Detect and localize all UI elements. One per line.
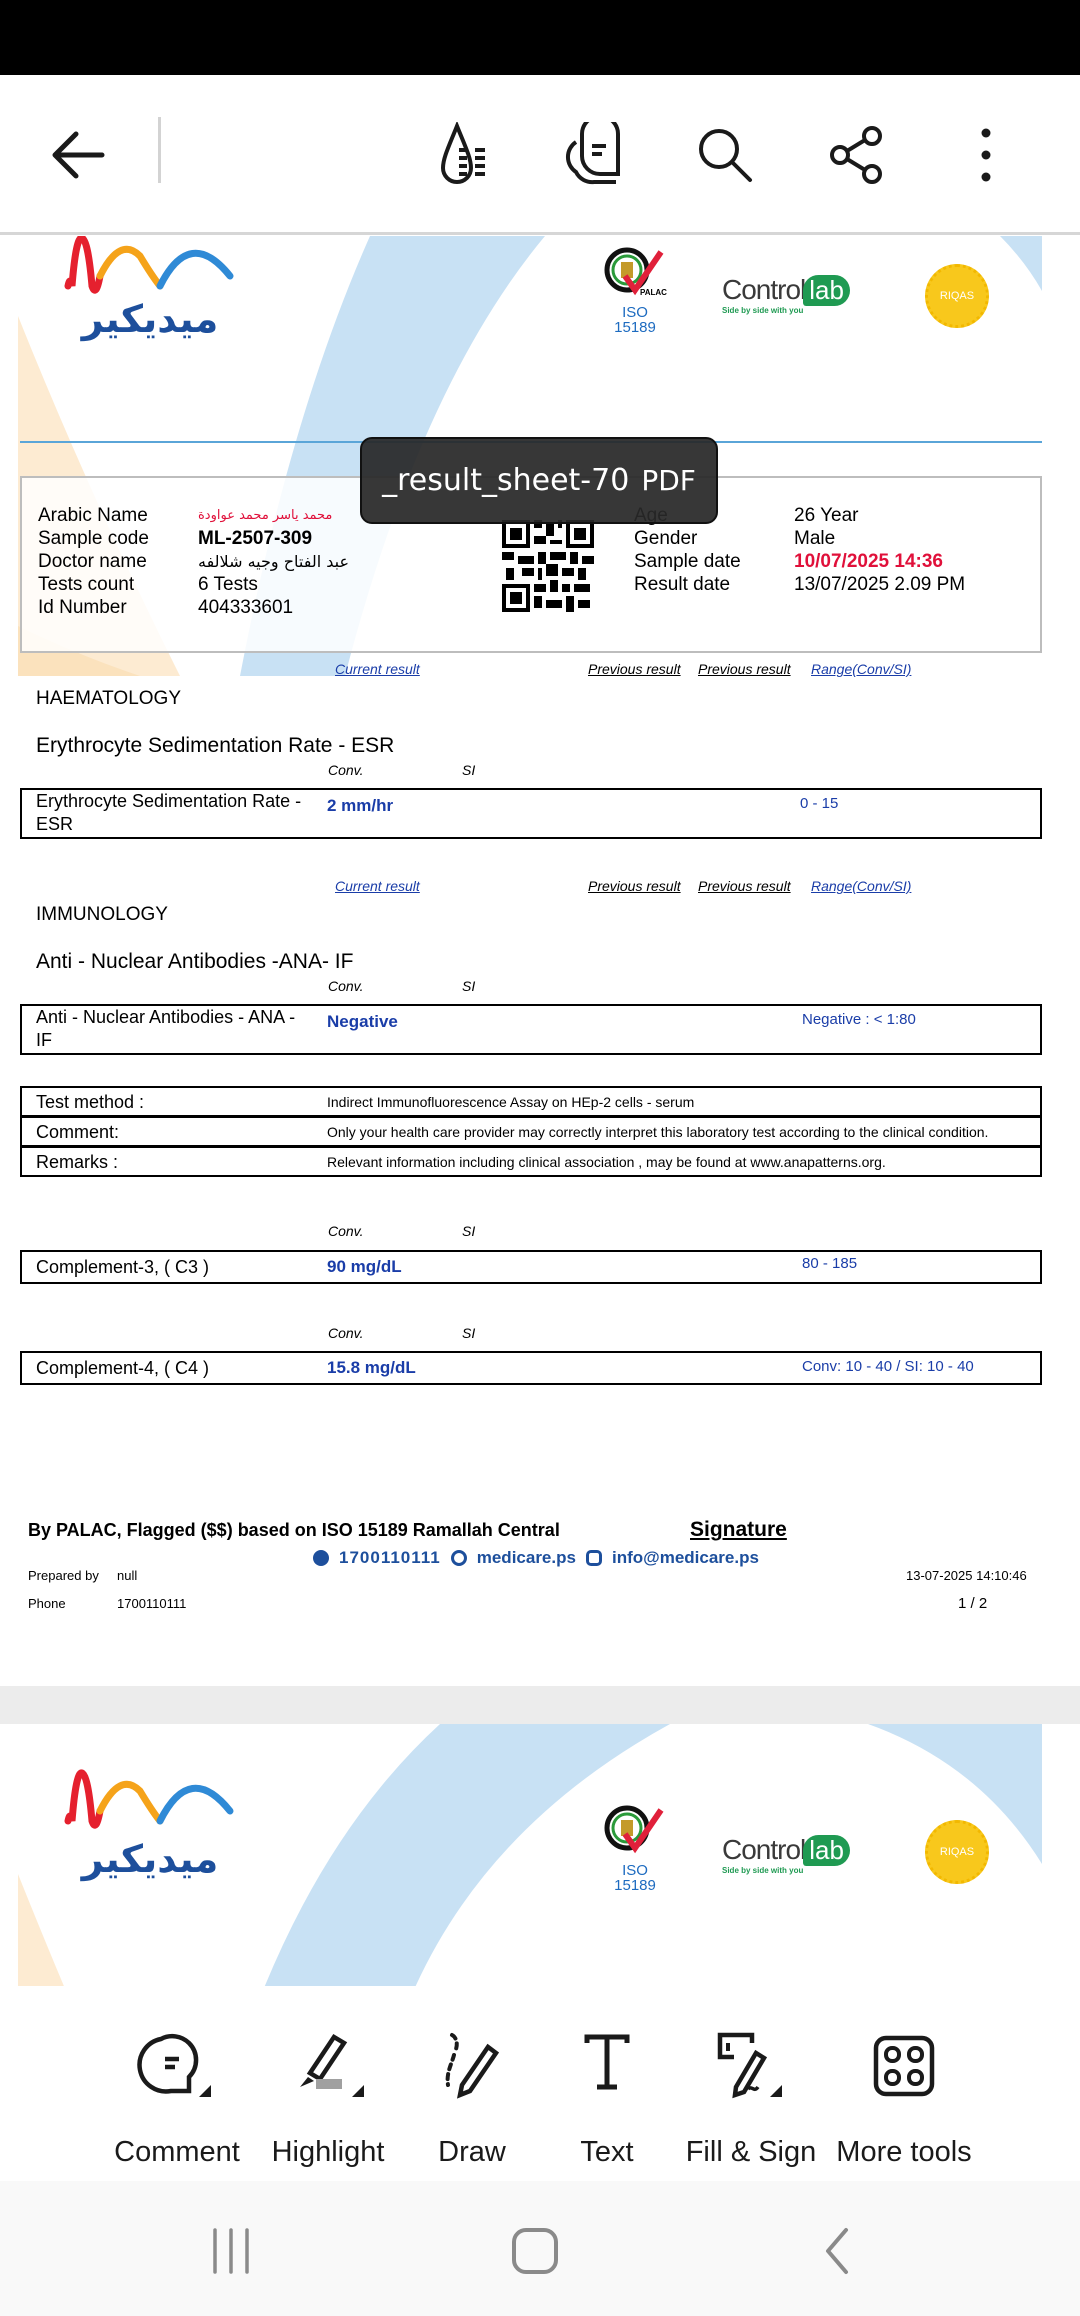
result-value-ana: Negative	[327, 1012, 398, 1032]
more-options-icon	[976, 127, 996, 183]
col-range: Range(Conv/SI)	[811, 661, 911, 677]
controllab-logo: Controllab Side by side with you	[722, 274, 872, 324]
tool-label: More tools	[824, 2136, 984, 2169]
tool-label: Fill & Sign	[671, 2136, 831, 2169]
controllab-lab-badge: lab	[803, 1835, 850, 1866]
share-button[interactable]	[816, 115, 896, 195]
bottom-toolbar: Comment Highlight Draw Text Fill & Sign …	[0, 1986, 1080, 2181]
gender-value: Male	[794, 527, 965, 550]
palac-check-icon	[603, 1804, 667, 1854]
comment-icon	[137, 2031, 217, 2101]
contact-phone: 1700110111	[339, 1548, 441, 1568]
si-label: SI	[462, 1223, 475, 1239]
conv-label: Conv.	[328, 1223, 364, 1239]
system-nav-bar	[0, 2181, 1080, 2316]
palac-iso-logo: PALAC ISO 15189	[600, 246, 670, 335]
riqas-logo: RIQAS	[925, 264, 989, 328]
sample-date-label: Sample date	[634, 550, 741, 573]
appbar-divider	[158, 117, 161, 183]
more-tools-grid-icon	[872, 2034, 936, 2098]
conv-label: Conv.	[328, 762, 364, 778]
controllab-lab-badge: lab	[803, 275, 850, 306]
contact-email[interactable]: info@medicare.ps	[612, 1548, 759, 1568]
result-range-c4: Conv: 10 - 40 / SI: 10 - 40	[802, 1358, 974, 1375]
home-button[interactable]	[490, 2211, 580, 2291]
home-icon	[511, 2227, 559, 2275]
note-label: Comment:	[36, 1122, 119, 1143]
result-name-line1: Anti - Nuclear Antibodies - ANA -	[36, 1006, 295, 1029]
contact-row: 1700110111 medicare.ps info@medicare.ps	[313, 1548, 759, 1568]
result-range-c3: 80 - 185	[802, 1255, 857, 1272]
tool-comment[interactable]: Comment	[97, 2026, 257, 2169]
doctor-name-label: Doctor name	[38, 550, 149, 573]
phone-icon	[313, 1550, 329, 1566]
result-value-c3: 90 mg/dL	[327, 1257, 402, 1277]
id-number-label: Id Number	[38, 596, 149, 619]
filetype-text: PDF	[641, 464, 696, 497]
arabic-name-value: محمد ياسر محمد عواودة	[198, 504, 349, 527]
iso-number: 15189	[600, 320, 670, 335]
result-range-esr: 0 - 15	[800, 795, 838, 812]
result-row-c4: Complement-4, ( C4 ) 15.8 mg/dL Conv: 10…	[20, 1351, 1042, 1385]
pdf-page-2: ميديكير ISO 15189 Controllab Side by sid…	[0, 1724, 1080, 1986]
qr-code[interactable]	[502, 520, 594, 612]
age-value: 26 Year	[794, 504, 965, 527]
read-mode-button[interactable]	[428, 115, 508, 195]
result-date-label: Result date	[634, 573, 741, 596]
text-icon	[577, 2031, 637, 2101]
conv-label: Conv.	[328, 1325, 364, 1341]
search-icon	[695, 125, 755, 185]
tests-count-label: Tests count	[38, 573, 149, 596]
draw-icon	[432, 2031, 512, 2101]
medicare-logo: ميديكير	[60, 1766, 260, 1876]
result-value-esr: 2 mm/hr	[327, 796, 393, 816]
result-name-line1: Erythrocyte Sedimentation Rate -	[36, 790, 301, 813]
col-previous-result-2: Previous result	[698, 878, 791, 894]
medicare-logo: ميديكير	[60, 236, 260, 346]
tool-text[interactable]: Text	[527, 2026, 687, 2169]
result-name-line2: ESR	[36, 813, 301, 836]
result-row-c3: Complement-3, ( C3 ) 90 mg/dL 80 - 185	[20, 1250, 1042, 1284]
status-bar	[0, 0, 1080, 75]
riqas-label: RIQAS	[940, 1846, 974, 1858]
doctor-name-value: عبد الفتاح وجيه شلالفه	[198, 550, 349, 573]
note-remarks: Remarks : Relevant information including…	[20, 1146, 1042, 1177]
iso-label: ISO	[600, 1863, 670, 1878]
note-value: Indirect Immunofluorescence Assay on HEp…	[327, 1094, 694, 1110]
controllab-tagline: Side by side with you	[722, 1866, 872, 1875]
search-button[interactable]	[685, 115, 765, 195]
share-icon	[826, 124, 886, 186]
app-bar	[0, 75, 1080, 235]
fill-sign-icon	[706, 2031, 796, 2101]
signature-label: Signature	[690, 1518, 787, 1542]
iso-label: ISO	[600, 305, 670, 320]
test-title-esr: Erythrocyte Sedimentation Rate - ESR	[36, 734, 394, 758]
phone-value: 1700110111	[117, 1596, 186, 1611]
result-row-ana: Anti - Nuclear Antibodies - ANA - IF Neg…	[20, 1004, 1042, 1055]
col-current-result: Current result	[335, 661, 420, 677]
sample-date-value: 10/07/2025 14:36	[794, 550, 965, 573]
note-comment: Comment: Only your health care provider …	[20, 1116, 1042, 1147]
gender-label: Gender	[634, 527, 741, 550]
conv-label: Conv.	[328, 978, 364, 994]
comments-list-button[interactable]	[555, 115, 635, 195]
si-label: SI	[462, 762, 475, 778]
comments-icon	[562, 122, 628, 188]
iso-number: 15189	[600, 1878, 670, 1893]
result-value-c4: 15.8 mg/dL	[327, 1358, 416, 1378]
note-label: Test method :	[36, 1092, 144, 1113]
tool-highlight[interactable]: Highlight	[248, 2026, 408, 2169]
test-title-ana: Anti - Nuclear Antibodies -ANA- IF	[36, 950, 353, 974]
email-icon	[586, 1550, 602, 1566]
result-name-line2: IF	[36, 1029, 295, 1052]
tests-count-value: 6 Tests	[198, 573, 349, 596]
tool-label: Highlight	[248, 2136, 408, 2169]
recent-apps-icon	[209, 2228, 253, 2274]
contact-web[interactable]: medicare.ps	[477, 1548, 576, 1568]
riqas-logo: RIQAS	[925, 1820, 989, 1884]
highlight-icon	[288, 2031, 368, 2101]
result-row-esr: Erythrocyte Sedimentation Rate - ESR 2 m…	[20, 788, 1042, 839]
controllab-logo: Controllab Side by side with you	[722, 1834, 872, 1884]
prepared-by-value: null	[117, 1568, 137, 1583]
sample-code-value: ML-2507-309	[198, 527, 349, 550]
read-mode-icon	[435, 122, 501, 188]
note-test-method: Test method : Indirect Immunofluorescenc…	[20, 1086, 1042, 1117]
system-back-icon	[822, 2227, 852, 2275]
result-range-ana: Negative : < 1:80	[802, 1011, 916, 1028]
note-value: Relevant information including clinical …	[327, 1154, 886, 1170]
sample-code-label: Sample code	[38, 527, 149, 550]
id-number-value: 404333601	[198, 596, 349, 619]
si-label: SI	[462, 1325, 475, 1341]
recent-apps-button[interactable]	[186, 2211, 276, 2291]
tool-label: Comment	[97, 2136, 257, 2169]
globe-icon	[451, 1550, 467, 1566]
controllab-text: Control	[722, 274, 805, 305]
result-name-c3: Complement-3, ( C3 )	[36, 1256, 209, 1279]
col-previous-result-1: Previous result	[588, 878, 681, 894]
phone-label: Phone	[28, 1596, 66, 1611]
result-name-c4: Complement-4, ( C4 )	[36, 1357, 209, 1380]
col-current-result: Current result	[335, 878, 420, 894]
section-immunology: IMMUNOLOGY	[36, 904, 168, 926]
note-label: Remarks :	[36, 1152, 118, 1173]
filename-text: _result_sheet-70	[382, 463, 629, 498]
palac-iso-logo: ISO 15189	[600, 1804, 670, 1893]
si-label: SI	[462, 978, 475, 994]
col-previous-result-1: Previous result	[588, 661, 681, 677]
tool-label: Text	[527, 2136, 687, 2169]
filename-toast: _result_sheet-70 PDF	[360, 437, 718, 524]
controllab-tagline: Side by side with you	[722, 306, 872, 315]
controllab-text: Control	[722, 1834, 805, 1865]
back-arrow-icon	[50, 130, 106, 180]
result-date-value: 13/07/2025 2.09 PM	[794, 573, 965, 596]
back-button[interactable]	[38, 115, 118, 195]
riqas-label: RIQAS	[940, 290, 974, 302]
medicare-wave-icon	[60, 1766, 260, 1836]
flag-note: By PALAC, Flagged ($$) based on ISO 1518…	[28, 1520, 560, 1541]
note-value: Only your health care provider may corre…	[327, 1124, 988, 1140]
palac-label: PALAC	[640, 288, 667, 297]
tool-more-tools[interactable]: More tools	[824, 2026, 984, 2169]
section-haematology: HAEMATOLOGY	[36, 688, 181, 710]
tool-fill-sign[interactable]: Fill & Sign	[671, 2026, 831, 2169]
brand-arabic-name: ميديكير	[60, 1837, 240, 1881]
medicare-wave-icon	[60, 236, 260, 296]
brand-arabic-name: ميديكير	[60, 297, 240, 341]
page-indicator: 1 / 2	[958, 1595, 987, 1612]
arabic-name-label: Arabic Name	[38, 504, 149, 527]
col-previous-result-2: Previous result	[698, 661, 791, 677]
printed-at: 13-07-2025 14:10:46	[906, 1568, 1027, 1583]
prepared-by-label: Prepared by	[28, 1568, 99, 1583]
system-back-button[interactable]	[792, 2211, 882, 2291]
more-options-button[interactable]	[946, 115, 1026, 195]
col-range: Range(Conv/SI)	[811, 878, 911, 894]
